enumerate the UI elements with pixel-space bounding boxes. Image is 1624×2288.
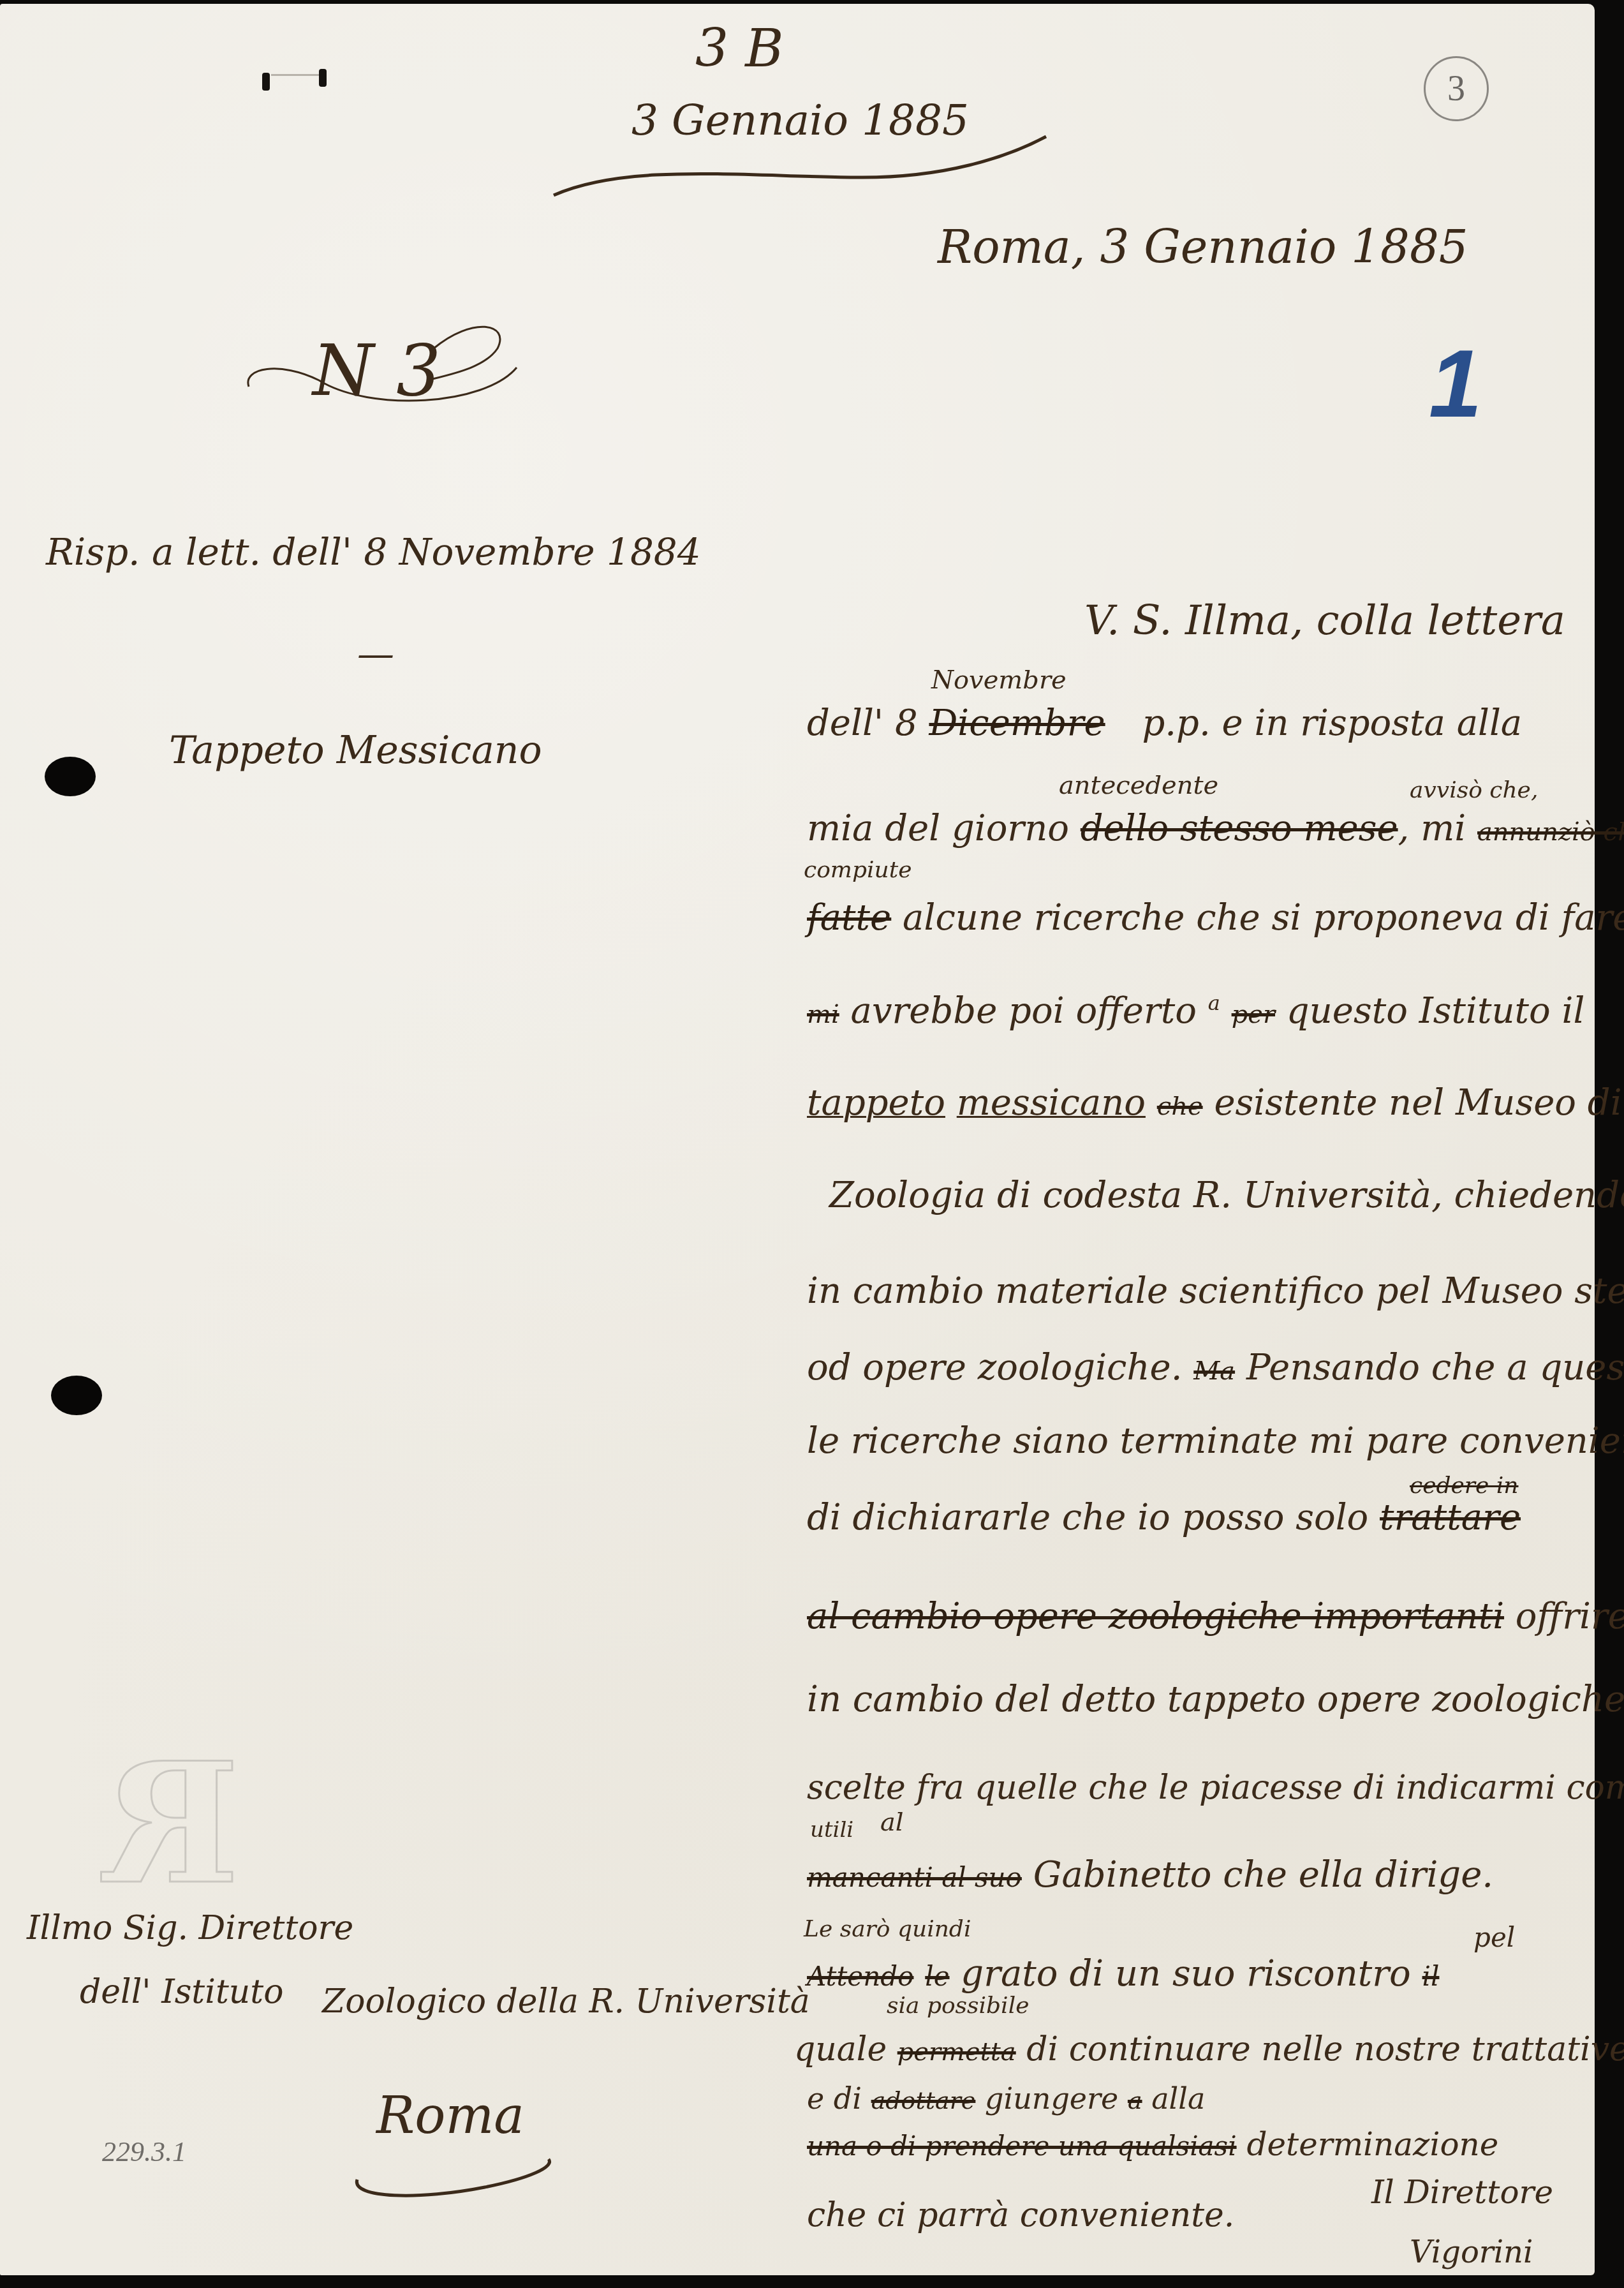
- staple-mark-left: [262, 73, 270, 91]
- body-line-9: od opere zoologiche. Ma Pensando che a q…: [807, 1350, 1624, 1386]
- body-line-2: dell' 8 Dicembre p.p. e in risposta alla: [807, 706, 1522, 741]
- signature-title: Il Direttore: [1371, 2176, 1553, 2208]
- body-text: di continuare nelle nostre trattative: [1026, 2030, 1624, 2069]
- insertion-le-saro-quindi: Le sarò quindi: [804, 1918, 971, 1941]
- body-text: , mi: [1398, 808, 1466, 849]
- body-line-10: le ricerche siano terminate mi pare conv…: [807, 1423, 1624, 1459]
- body-text: Gabinetto che ella dirige.: [1033, 1854, 1493, 1896]
- struck-text: Dicembre: [929, 702, 1105, 744]
- underlined-text: messicano: [957, 1082, 1146, 1124]
- body-line-16: Attendo le grato di un suo riscontro il: [807, 1956, 1439, 1992]
- body-line-4: fatte alcune ricerche che si proponeva d…: [807, 900, 1624, 936]
- body-text: quale: [794, 2030, 887, 2069]
- paper-watermark: R: [102, 1727, 240, 1921]
- insertion-utili: utili: [810, 1819, 853, 1841]
- circled-page-number: 3: [1424, 56, 1489, 121]
- body-text: determinazione: [1247, 2126, 1499, 2163]
- struck-text: cedere in: [1410, 1473, 1518, 1499]
- body-text: Pensando che a quest'ora: [1246, 1347, 1624, 1388]
- body-text: che ci parrà conveniente.: [807, 2196, 1234, 2234]
- insertion-cedere-in: cedere in: [1410, 1475, 1518, 1497]
- struck-text: mi: [807, 1000, 839, 1029]
- addressee-line-2b: Zoologico della R. Università: [322, 1985, 810, 2018]
- struck-text: le: [925, 1961, 949, 1992]
- staple-mark-right: [319, 69, 327, 87]
- addressee-city: Roma: [376, 2090, 524, 2141]
- addressee-line-2a: dell' Istituto: [80, 1975, 284, 2009]
- insertion-pel: pel: [1473, 1924, 1515, 1951]
- body-text: offrire: [1516, 1596, 1624, 1637]
- place-date: Roma, 3 Gennaio 1885: [938, 224, 1468, 270]
- signature-name: Vigorini: [1410, 2237, 1533, 2268]
- body-text: V. S. Illma, colla lettera: [1084, 597, 1565, 644]
- body-text: esistente nel Museo di: [1214, 1082, 1621, 1124]
- body-line-14: scelte fra quelle che le piacesse di ind…: [807, 1771, 1624, 1804]
- protocol-number-flourish: [242, 304, 529, 431]
- struck-text: dello stesso mese: [1081, 808, 1398, 849]
- struck-text: per: [1232, 1000, 1275, 1029]
- struck-text: fatte: [807, 897, 891, 939]
- body-text: questo Istituto il: [1287, 990, 1585, 1032]
- body-text: tappeto: [807, 1082, 945, 1124]
- body-line-6: tappeto messicano che esistente nel Muse…: [807, 1085, 1622, 1121]
- archive-date-flourish: [549, 131, 1059, 208]
- body-line-18: e di adottare giungere a alla: [807, 2084, 1205, 2113]
- blue-crayon-mark: 1: [1429, 336, 1482, 431]
- archive-code: 3 B: [695, 23, 784, 75]
- letter-subject: Tappeto Messicano: [169, 731, 542, 769]
- body-line-19: una o di prendere una qualsiasi determin…: [807, 2128, 1498, 2160]
- body-line-12: al cambio opere zoologiche importanti of…: [807, 1599, 1624, 1635]
- punch-hole-top: [45, 757, 96, 796]
- letter-sheet: R 3 B 3 Gennaio 1885 3 Roma, 3 Gennaio 1…: [0, 4, 1595, 2275]
- struck-text: il: [1422, 1961, 1440, 1992]
- body-text: le ricerche siano terminate mi pare conv…: [807, 1420, 1624, 1462]
- struck-text: mancanti al suo: [807, 1862, 1022, 1893]
- struck-text: Attendo: [807, 1961, 913, 1992]
- addressee-city-flourish: [344, 2154, 561, 2211]
- insertion-novembre: Novembre: [931, 667, 1067, 693]
- insertion-a: a: [1208, 991, 1220, 1015]
- staple-line: [271, 74, 319, 76]
- insertion-compiute: compiute: [804, 859, 912, 882]
- body-text: alla: [1151, 2081, 1205, 2116]
- body-text: p.p. e in risposta alla: [1142, 702, 1522, 744]
- body-text: in cambio materiale scientifico pel Muse…: [807, 1270, 1624, 1312]
- insertion-al: al: [880, 1809, 904, 1835]
- body-text: scelte fra quelle che le piacesse di ind…: [807, 1769, 1624, 1807]
- body-line-7: Zoologia di codesta R. Università, chied…: [829, 1178, 1624, 1214]
- body-line-13: in cambio del detto tappeto opere zoolog…: [807, 1682, 1624, 1718]
- insertion-sia-possibile: sia possibile: [887, 1995, 1029, 2017]
- reply-reference: Risp. a lett. dell' 8 Novembre 1884: [46, 533, 701, 570]
- body-text: giungere: [985, 2081, 1118, 2116]
- body-line-17: quale permetta di continuare nelle nostr…: [794, 2033, 1624, 2066]
- body-line-3: mia del giorno dello stesso mese, mi ann…: [807, 811, 1624, 847]
- body-line-11: di dichiararle che io posso solo trattar…: [807, 1500, 1521, 1536]
- struck-text: trattare: [1380, 1497, 1521, 1538]
- body-text: in cambio del detto tappeto opere zoolog…: [807, 1679, 1624, 1720]
- body-text: mia del giorno: [807, 808, 1069, 849]
- body-line-1: V. S. Illma, colla lettera: [1084, 600, 1565, 641]
- addressee-line-1: Illmo Sig. Direttore: [27, 1912, 353, 1945]
- struck-text: annunziò che: [1477, 817, 1624, 847]
- struck-text: una o di prendere una qualsiasi: [807, 2130, 1237, 2162]
- body-line-20: che ci parrà conveniente.: [807, 2199, 1234, 2232]
- insertion-antecedente: antecedente: [1059, 773, 1218, 798]
- struck-text: permetta: [897, 2037, 1016, 2067]
- margin-separator: —: [357, 635, 394, 672]
- body-text: grato di un suo riscontro: [961, 1953, 1410, 1995]
- body-text: di dichiararle che io posso solo: [807, 1497, 1368, 1538]
- struck-text: Ma: [1193, 1356, 1235, 1386]
- body-line-8: in cambio materiale scientifico pel Muse…: [807, 1274, 1624, 1309]
- punch-hole-bottom: [51, 1376, 102, 1415]
- struck-text: a: [1128, 2086, 1142, 2114]
- body-text: Zoologia di codesta R. Università, chied…: [829, 1175, 1624, 1216]
- body-text: avrebbe poi offerto: [851, 990, 1197, 1032]
- body-line-15: mancanti al suo Gabinetto che ella dirig…: [807, 1857, 1493, 1893]
- archive-pencil-number: 229.3.1: [102, 2138, 186, 2166]
- body-text: alcune ricerche che si proponeva di fare…: [903, 897, 1624, 939]
- body-line-5: mi avrebbe poi offerto a per questo Isti…: [807, 993, 1584, 1029]
- body-text: dell' 8: [807, 702, 918, 744]
- body-text: e di: [807, 2081, 862, 2116]
- struck-text: che: [1157, 1092, 1203, 1121]
- body-text: od opere zoologiche.: [807, 1347, 1182, 1388]
- struck-text: al cambio opere zoologiche importanti: [807, 1596, 1504, 1637]
- insertion-avviso-che: avvisò che,: [1410, 779, 1538, 802]
- struck-text: adottare: [871, 2086, 976, 2114]
